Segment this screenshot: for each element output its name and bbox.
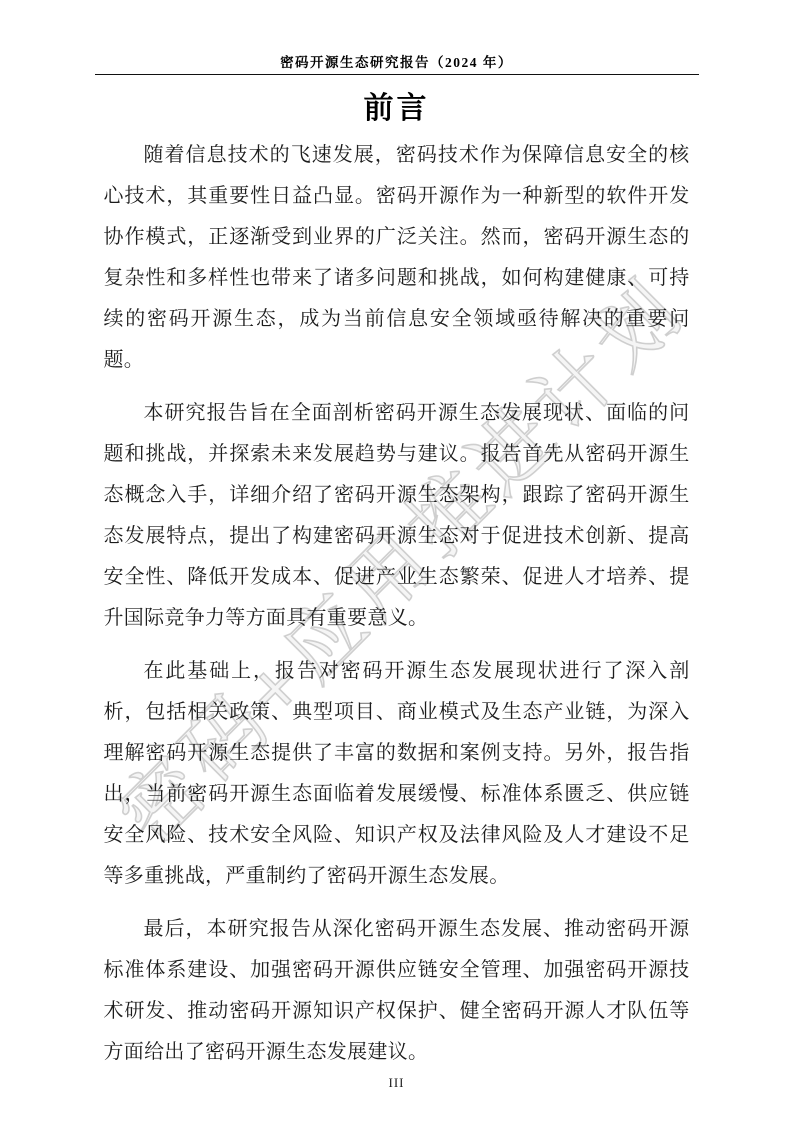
- running-header-title: 密码开源生态研究报告（2024 年）: [0, 0, 793, 71]
- header-divider: [95, 74, 699, 75]
- paragraph-2: 本研究报告旨在全面剖析密码开源生态发展现状、面临的问题和挑战，并探索未来发展趋势…: [104, 393, 690, 639]
- section-title: 前言: [104, 91, 690, 127]
- page-header: 密码开源生态研究报告（2024 年）: [0, 0, 793, 75]
- paragraph-1: 随着信息技术的飞速发展，密码技术作为保障信息安全的核心技术，其重要性日益凸显。密…: [104, 135, 690, 381]
- page-number: III: [104, 1075, 690, 1091]
- document-content: 前言 随着信息技术的飞速发展，密码技术作为保障信息安全的核心技术，其重要性日益凸…: [104, 91, 690, 1091]
- document-page: 密码+应用推进计划 密码开源生态研究报告（2024 年） 前言 随着信息技术的飞…: [0, 0, 793, 1122]
- paragraph-4: 最后，本研究报告从深化密码开源生态发展、推动密码开源标准体系建设、加强密码开源供…: [104, 909, 690, 1073]
- paragraph-3: 在此基础上，报告对密码开源生态发展现状进行了深入剖析，包括相关政策、典型项目、商…: [104, 651, 690, 897]
